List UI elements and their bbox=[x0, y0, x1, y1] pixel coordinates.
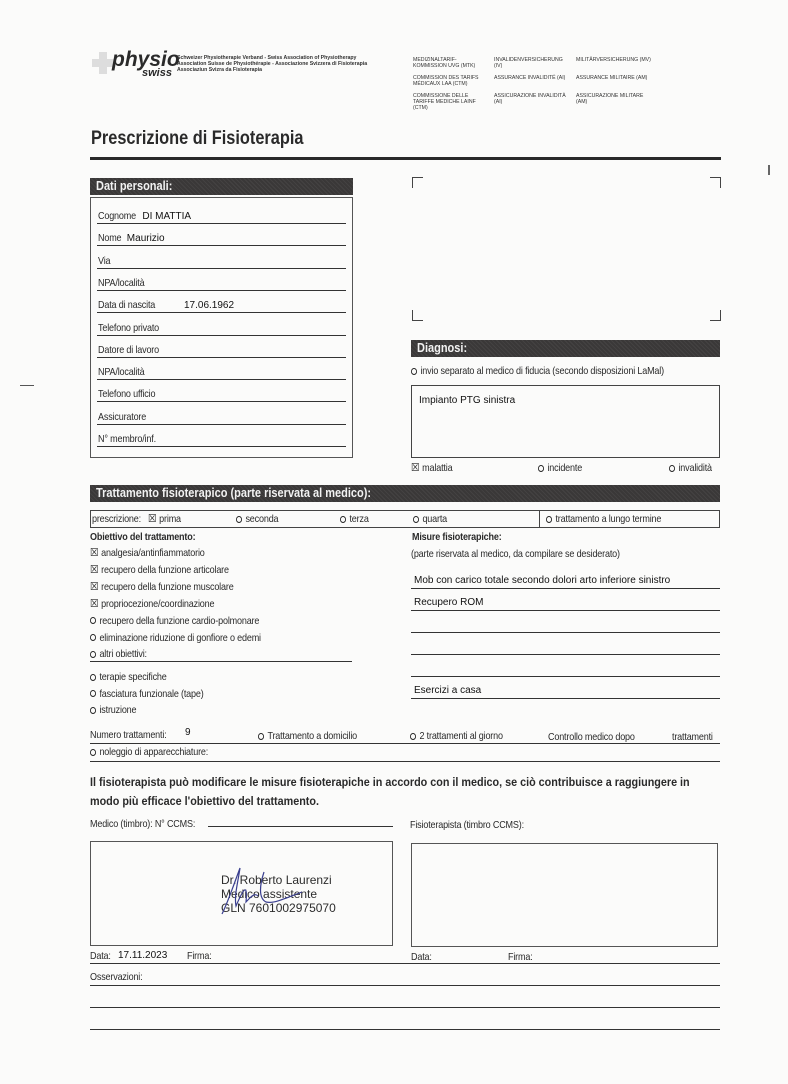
insurance-cell: MILITÄRVERSICHERUNG (MV) bbox=[576, 57, 652, 63]
prescription-option-label: terza bbox=[349, 513, 368, 525]
radio-icon[interactable] bbox=[90, 617, 96, 624]
physio-stamp-box[interactable] bbox=[411, 843, 718, 947]
radio-icon[interactable] bbox=[546, 516, 552, 523]
address-corner bbox=[710, 310, 721, 321]
logo-sub: swiss bbox=[142, 67, 172, 79]
measure-text[interactable]: Mob con carico totale secondo dolori art… bbox=[414, 575, 670, 586]
personal-field-label: Telefono privato bbox=[98, 322, 159, 334]
objective-option[interactable]: altri obiettivi: bbox=[90, 648, 147, 660]
notice-text: Il fisioterapista può modificare le misu… bbox=[90, 773, 721, 811]
radio-icon[interactable] bbox=[236, 516, 242, 523]
other-option[interactable]: terapie specifiche bbox=[90, 671, 167, 683]
objective-option-label: altri obiettivi: bbox=[99, 648, 146, 660]
diagnosis-text: Impianto PTG sinistra bbox=[419, 395, 515, 406]
address-corner bbox=[412, 310, 423, 321]
diagnosis-cause-option[interactable]: ☒malattia bbox=[411, 462, 452, 474]
objective-option[interactable]: ☒recupero della funzione muscolare bbox=[90, 581, 234, 593]
prescription-option-label: quarta bbox=[422, 513, 447, 525]
personal-field-value[interactable]: Maurizio bbox=[127, 233, 165, 244]
title-rule bbox=[90, 157, 721, 160]
association-line: Associaziun Svizra da Fisioterapia bbox=[177, 67, 367, 73]
prescription-option-label: prima bbox=[159, 513, 181, 525]
checked-box-icon[interactable]: ☒ bbox=[90, 582, 99, 592]
insurance-cell: COMMISSION DES TARIFS MÉDICAUX LAA (CTM) bbox=[413, 75, 481, 87]
insurance-cell: MEDIZINALTARIF-KOMMISSION UVG (MTK) bbox=[413, 57, 481, 69]
personal-field-label: NPA/località bbox=[98, 277, 144, 289]
radio-icon[interactable] bbox=[90, 674, 96, 681]
observations-line[interactable] bbox=[90, 985, 720, 986]
separate-referral-option[interactable]: invio separato al medico di fiducia (sec… bbox=[411, 365, 664, 377]
insurance-cell: ASSURANCE INVALIDITÉ (AI) bbox=[494, 75, 570, 81]
radio-icon[interactable] bbox=[90, 634, 96, 641]
checked-box-icon[interactable]: ☒ bbox=[90, 565, 99, 575]
objective-option-label: recupero della funzione muscolare bbox=[101, 581, 233, 593]
measure-text[interactable]: Esercizi a casa bbox=[414, 685, 481, 696]
personal-field-label: Cognome bbox=[98, 210, 136, 222]
other-option[interactable]: fasciatura funzionale (tape) bbox=[90, 688, 204, 700]
prescription-divider bbox=[539, 510, 540, 528]
observations-line[interactable] bbox=[90, 1007, 720, 1008]
physio-label: Fisioterapista (timbro CCMS): bbox=[410, 819, 524, 831]
scan-mark bbox=[768, 165, 770, 175]
objective-option[interactable]: ☒recupero della funzione articolare bbox=[90, 564, 229, 576]
radio-icon[interactable] bbox=[411, 368, 417, 375]
personal-field-label: Assicuratore bbox=[98, 411, 146, 423]
scan-mark bbox=[20, 385, 34, 386]
personal-field-line[interactable] bbox=[97, 312, 346, 313]
objective-option-label: propriocezione/coordinazione bbox=[101, 598, 214, 610]
objective-option[interactable]: recupero della funzione cardio-polmonare bbox=[90, 615, 259, 627]
measures-note: (parte riservata al medico, da compilare… bbox=[411, 548, 620, 560]
radio-icon[interactable] bbox=[90, 707, 96, 714]
twice-daily-label: 2 trattamenti al giorno bbox=[419, 730, 502, 742]
personal-field-line[interactable] bbox=[97, 379, 346, 380]
personal-field-label: Via bbox=[98, 255, 110, 267]
measure-text[interactable]: Recupero ROM bbox=[414, 597, 483, 608]
measure-line[interactable] bbox=[411, 698, 720, 699]
observations-label: Osservazioni: bbox=[90, 971, 142, 983]
measure-line[interactable] bbox=[411, 654, 720, 655]
doctor-stamp-box[interactable]: Dr. Roberto Laurenzi Medico assistente G… bbox=[90, 841, 393, 946]
personal-field-label: Datore di lavoro bbox=[98, 344, 159, 356]
other-option[interactable]: istruzione bbox=[90, 704, 136, 716]
radio-icon[interactable] bbox=[669, 465, 675, 472]
doctor-signature-label: Firma: bbox=[187, 950, 212, 962]
physio-date-label: Data: bbox=[411, 951, 432, 963]
personal-field-label: N° membro/inf. bbox=[98, 433, 156, 445]
control-suffix: trattamenti bbox=[672, 731, 713, 743]
home-treatment-option[interactable]: Trattamento a domicilio bbox=[258, 730, 357, 742]
radio-icon[interactable] bbox=[90, 749, 96, 756]
objective-option[interactable]: eliminazione riduzione di gonfiore o ede… bbox=[90, 632, 261, 644]
association-lines: Schweizer Physiotherapie Verband - Swiss… bbox=[177, 55, 367, 73]
radio-icon[interactable] bbox=[410, 733, 416, 740]
treatment-heading: Trattamento fisioterapico (parte riserva… bbox=[96, 485, 371, 502]
other-option-label: terapie specifiche bbox=[99, 671, 166, 683]
objective-option[interactable]: ☒analgesia/antinfiammatorio bbox=[90, 547, 205, 559]
diagnosis-cause-option-label: incidente bbox=[547, 462, 582, 474]
prescription-label: prescrizione: bbox=[92, 513, 141, 525]
personal-field-line[interactable] bbox=[97, 245, 346, 246]
observations-line[interactable] bbox=[90, 1029, 720, 1030]
checked-box-icon[interactable]: ☒ bbox=[411, 463, 420, 473]
diagnosis-cause-option[interactable]: invalidità bbox=[669, 462, 712, 474]
personal-field-label: Nome bbox=[98, 232, 121, 244]
measure-line[interactable] bbox=[411, 588, 720, 589]
personal-field-line[interactable] bbox=[97, 335, 346, 336]
measure-line[interactable] bbox=[411, 676, 720, 677]
objective-option-label: eliminazione riduzione di gonfiore o ede… bbox=[99, 632, 260, 644]
separate-referral-label: invio separato al medico di fiducia (sec… bbox=[420, 365, 663, 377]
radio-icon[interactable] bbox=[90, 690, 96, 697]
other-option-label: istruzione bbox=[99, 704, 136, 716]
control-label: Controllo medico dopo bbox=[548, 731, 635, 743]
rental-label: noleggio di apparecchiature: bbox=[99, 746, 208, 758]
doctor-date-label: Data: bbox=[90, 950, 111, 962]
personal-field-line[interactable] bbox=[97, 424, 346, 425]
other-objectives-line[interactable] bbox=[90, 661, 352, 662]
checked-box-icon[interactable]: ☒ bbox=[90, 548, 99, 558]
insurance-cell: COMMISSIONE DELLE TARIFFE MEDICHE LAINF … bbox=[413, 93, 481, 111]
prescription-option[interactable]: trattamento a lungo termine bbox=[546, 513, 661, 525]
other-option-label: fasciatura funzionale (tape) bbox=[99, 688, 203, 700]
num-treatments-value[interactable]: 9 bbox=[185, 727, 191, 738]
personal-field-line[interactable] bbox=[97, 446, 346, 447]
prescription-option[interactable]: ☒prima bbox=[148, 513, 181, 525]
personal-field-value[interactable]: DI MATTIA bbox=[142, 211, 191, 222]
personal-field-line[interactable] bbox=[97, 223, 346, 224]
signature-line[interactable] bbox=[90, 963, 720, 964]
prescription-option-label: seconda bbox=[245, 513, 278, 525]
ccms-line[interactable] bbox=[208, 826, 393, 827]
personal-field-label: Telefono ufficio bbox=[98, 388, 155, 400]
doctor-date-value[interactable]: 17.11.2023 bbox=[118, 950, 167, 961]
prescription-option[interactable]: terza bbox=[340, 513, 369, 525]
checked-box-icon[interactable]: ☒ bbox=[148, 514, 157, 524]
rental-option[interactable]: noleggio di apparecchiature: bbox=[90, 746, 208, 758]
diagnosis-section-header: Diagnosi: bbox=[411, 340, 720, 357]
num-treatments-label: Numero trattamenti: bbox=[90, 729, 167, 741]
objective-option-label: recupero della funzione cardio-polmonare bbox=[99, 615, 259, 627]
home-treatment-label: Trattamento a domicilio bbox=[267, 730, 357, 742]
radio-icon[interactable] bbox=[340, 516, 346, 523]
measures-heading: Misure fisioterapiche: bbox=[412, 531, 502, 543]
diagnosis-cause-option-label: malattia bbox=[422, 462, 452, 474]
twice-daily-option[interactable]: 2 trattamenti al giorno bbox=[410, 730, 503, 742]
personal-field-line[interactable] bbox=[97, 268, 346, 269]
objective-option-label: analgesia/antinfiammatorio bbox=[101, 547, 204, 559]
address-corner bbox=[710, 177, 721, 188]
checked-box-icon[interactable]: ☒ bbox=[90, 599, 99, 609]
treatment-section-header: Trattamento fisioterapico (parte riserva… bbox=[90, 485, 720, 502]
personal-field-value[interactable]: 17.06.1962 bbox=[184, 300, 234, 311]
diagnosis-cause-option[interactable]: incidente bbox=[538, 462, 582, 474]
radio-icon[interactable] bbox=[413, 516, 419, 523]
address-corner bbox=[412, 177, 423, 188]
measure-line[interactable] bbox=[411, 610, 720, 611]
doctor-label: Medico (timbro): N° CCMS: bbox=[90, 818, 195, 830]
prescription-option[interactable]: quarta bbox=[413, 513, 447, 525]
personal-field-line[interactable] bbox=[97, 401, 346, 402]
insurance-cell: ASSURANCE MILITAIRE (AM) bbox=[576, 75, 652, 81]
num-treatments-line bbox=[90, 743, 720, 744]
page-title: Prescrizione di Fisioterapia bbox=[91, 128, 304, 150]
insurance-cell: INVALIDENVERSICHERUNG (IV) bbox=[494, 57, 570, 69]
insurance-cell: ASSICURAZIONE MILITARE (AM) bbox=[576, 93, 652, 105]
personal-field-line[interactable] bbox=[97, 357, 346, 358]
diagnosis-textbox[interactable]: Impianto PTG sinistra bbox=[411, 385, 720, 458]
prescription-option[interactable]: seconda bbox=[236, 513, 278, 525]
objective-option-label: recupero della funzione articolare bbox=[101, 564, 229, 576]
personal-field-label: NPA/località bbox=[98, 366, 144, 378]
logo: physio swiss bbox=[90, 50, 175, 82]
prescription-option-label: trattamento a lungo termine bbox=[555, 513, 661, 525]
personal-heading: Dati personali: bbox=[96, 178, 172, 195]
objective-option[interactable]: ☒propriocezione/coordinazione bbox=[90, 598, 214, 610]
diagnosis-heading: Diagnosi: bbox=[417, 340, 467, 357]
radio-icon[interactable] bbox=[258, 733, 264, 740]
rental-line[interactable] bbox=[90, 761, 720, 762]
insurance-cell: ASSICURAZIONE INVALIDITÀ (AI) bbox=[494, 93, 570, 105]
measure-line[interactable] bbox=[411, 632, 720, 633]
physio-signature-label: Firma: bbox=[508, 951, 533, 963]
diagnosis-cause-option-label: invalidità bbox=[678, 462, 711, 474]
objectives-heading: Obiettivo del trattamento: bbox=[90, 531, 195, 543]
radio-icon[interactable] bbox=[90, 651, 96, 658]
personal-field-line[interactable] bbox=[97, 290, 346, 291]
signature-scribble-icon bbox=[216, 862, 306, 917]
radio-icon[interactable] bbox=[538, 465, 544, 472]
personal-section-header: Dati personali: bbox=[90, 178, 353, 195]
personal-field-label: Data di nascita bbox=[98, 299, 155, 311]
